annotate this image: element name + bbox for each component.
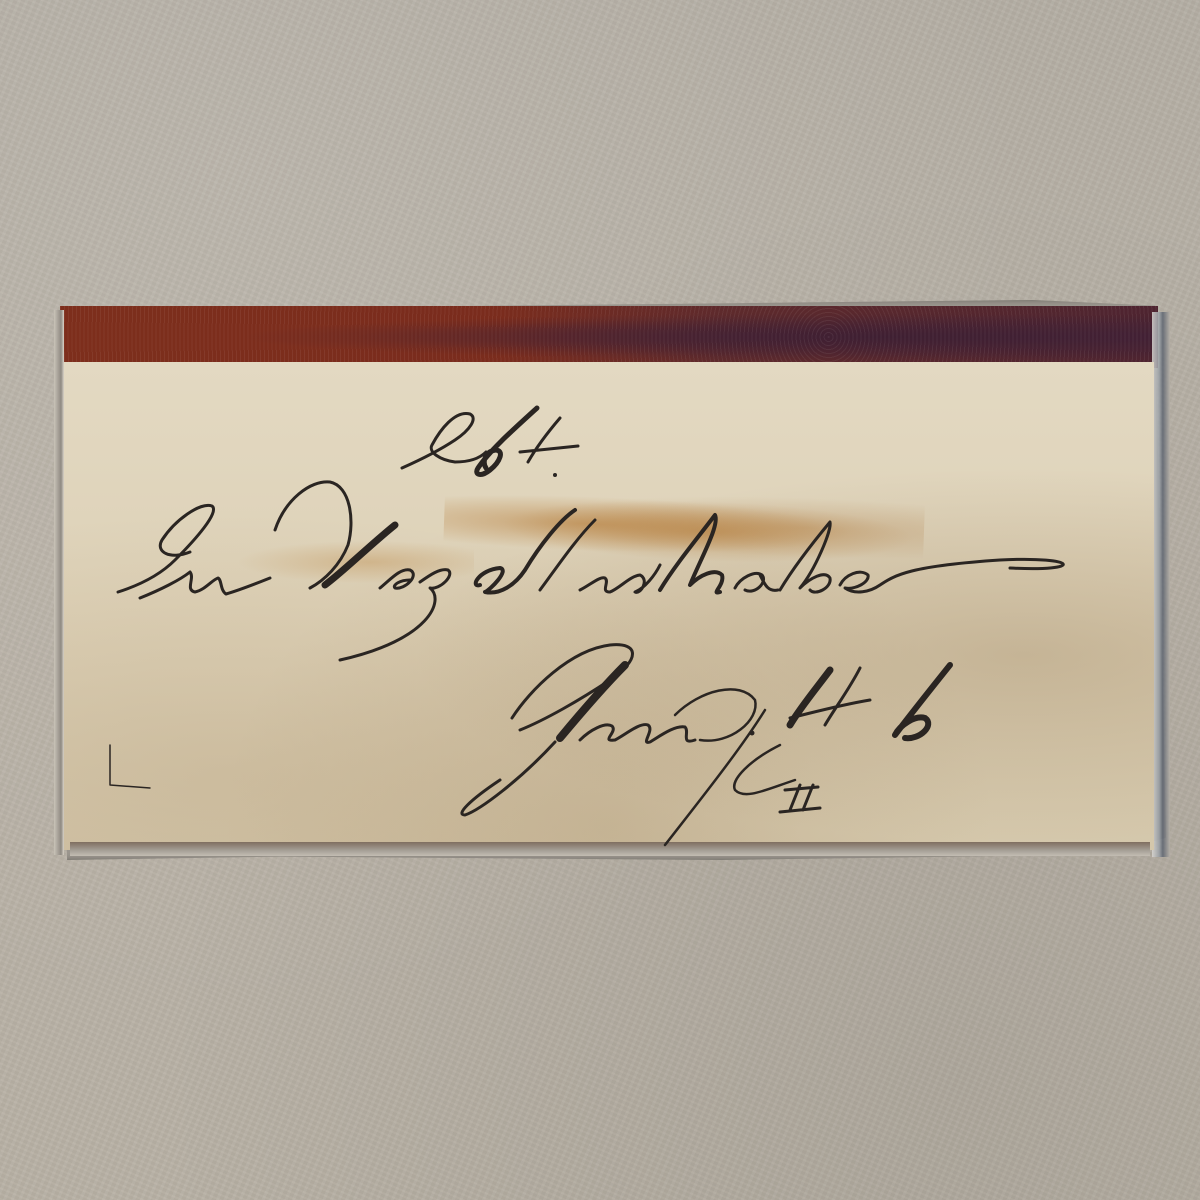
- price-strokes: [462, 645, 950, 845]
- corner-mark-strokes: [110, 745, 150, 788]
- title-strokes: [118, 482, 1063, 660]
- sub-mark-strokes: [780, 785, 820, 812]
- handwriting-strokes: [0, 0, 1200, 1200]
- inventory-number-strokes: [402, 408, 578, 477]
